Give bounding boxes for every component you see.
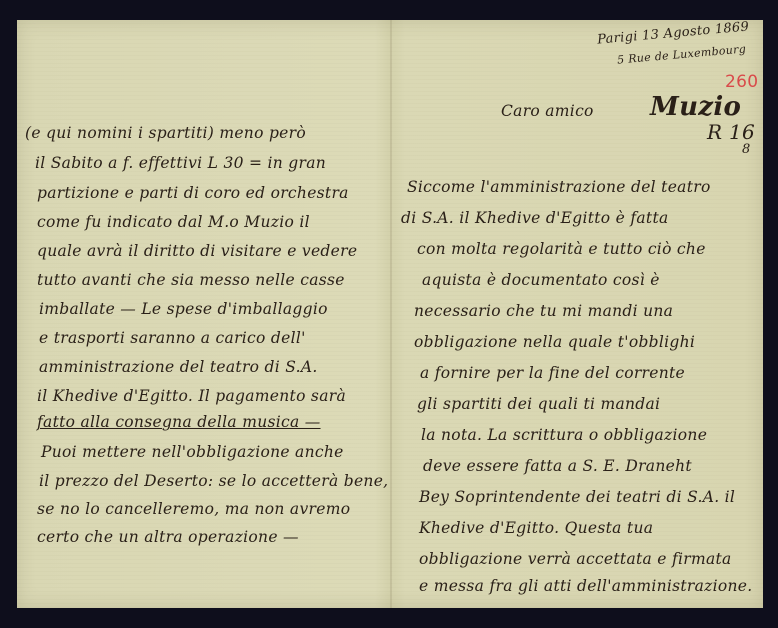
signature-name: Muzio	[650, 92, 741, 122]
right-line-12: Khedive d'Egitto. Questa tua	[419, 519, 653, 537]
right-line-13: obbligazione verrà accettata e firmata	[419, 550, 732, 568]
right-line-7: a fornire per la fine del corrente	[420, 364, 685, 382]
right-line-4: aquista è documentato così è	[422, 271, 660, 289]
center-fold	[390, 20, 392, 608]
reference-mark: R 16	[707, 120, 755, 144]
left-line-11: fatto alla consegna della musica —	[37, 413, 321, 431]
left-line-13: il prezzo del Deserto: se lo accetterà b…	[39, 472, 388, 490]
left-line-7: imballate — Le spese d'imballaggio	[39, 300, 328, 318]
left-line-15: certo che un altra operazione —	[37, 528, 299, 546]
left-line-6: tutto avanti che sia messo nelle casse	[37, 271, 345, 289]
letter-paper: Parigi 13 Agosto 1869 5 Rue de Luxembour…	[17, 20, 763, 608]
right-line-1: Siccome l'amministrazione del teatro	[407, 178, 711, 196]
right-line-6: obbligazione nella quale t'obblighi	[414, 333, 695, 351]
right-line-10: deve essere fatta a S. E. Draneht	[423, 457, 692, 475]
address: 5 Rue de Luxembourg	[617, 42, 747, 66]
right-line-9: la nota. La scrittura o obbligazione	[421, 426, 707, 444]
right-line-3: con molta regolarità e tutto ciò che	[417, 240, 706, 258]
left-line-14: se no lo cancelleremo, ma non avremo	[37, 500, 350, 518]
left-line-1: (e qui nomini i spartiti) meno però	[25, 124, 306, 142]
archive-number: 260	[725, 72, 758, 92]
left-line-2: il Sabito a f. effettivi L 30 = in gran	[35, 154, 326, 172]
left-line-12: Puoi mettere nell'obbligazione anche	[41, 443, 344, 461]
left-line-9: amministrazione del teatro di S.A.	[39, 358, 318, 376]
left-line-3: partizione e parti di coro ed orchestra	[37, 184, 349, 202]
left-line-10: il Khedive d'Egitto. Il pagamento sarà	[37, 387, 346, 405]
right-line-2: di S.A. il Khedive d'Egitto è fatta	[401, 209, 669, 227]
left-line-5: quale avrà il diritto di visitare e vede…	[37, 242, 357, 260]
left-line-8: e trasporti saranno a carico dell'	[39, 329, 306, 347]
right-line-14: e messa fra gli atti dell'amministrazion…	[419, 577, 752, 595]
right-line-5: necessario che tu mi mandi una	[414, 302, 673, 320]
small-mark: 8	[742, 142, 751, 157]
right-line-8: gli spartiti dei quali ti mandai	[417, 395, 660, 413]
left-line-4: come fu indicato dal M.o Muzio il	[37, 213, 310, 231]
salutation: Caro amico	[501, 102, 594, 120]
right-line-11: Bey Soprintendente dei teatri di S.A. il	[419, 488, 735, 506]
